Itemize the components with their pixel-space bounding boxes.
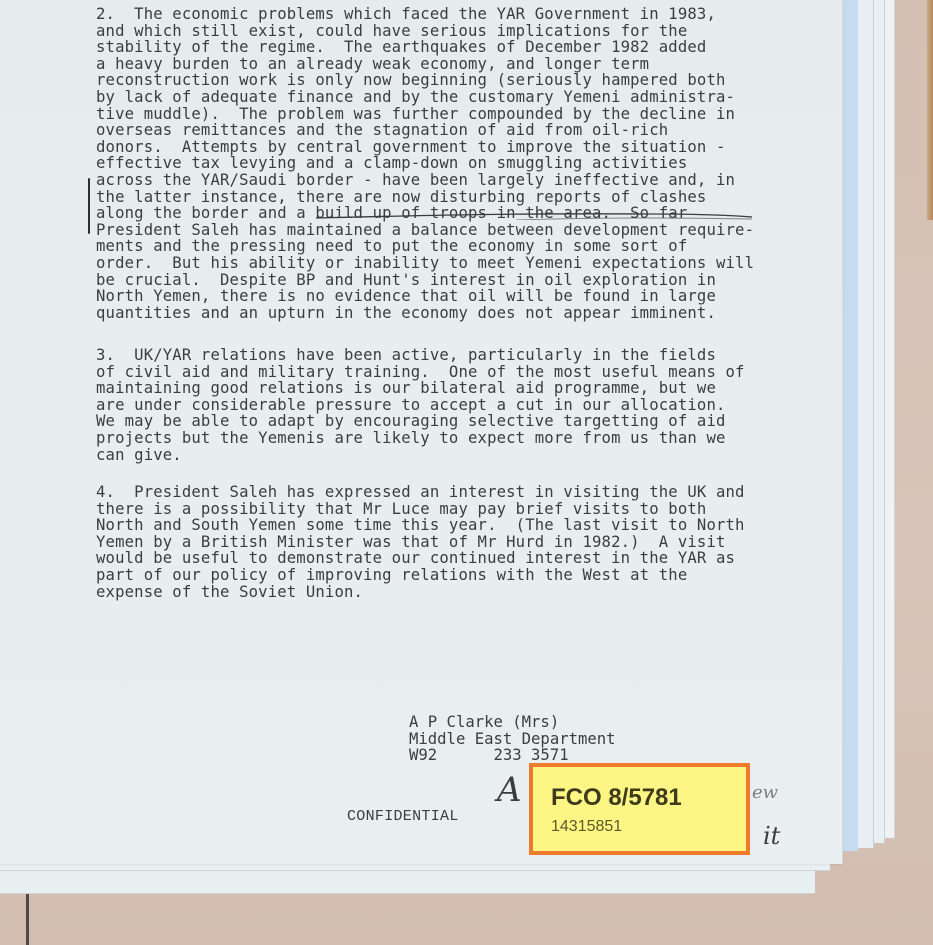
paragraph-3: 3. UK/YAR relations have been active, pa… bbox=[96, 347, 745, 463]
signatory-name: A P Clarke (Mrs) bbox=[409, 713, 559, 731]
archive-reference: FCO 8/5781 bbox=[551, 784, 682, 812]
handwritten-note: it bbox=[763, 822, 780, 850]
handwritten-underline bbox=[316, 212, 752, 220]
handwritten-note: ew bbox=[752, 782, 778, 803]
signature-block: A P Clarke (Mrs) Middle East Department … bbox=[409, 714, 616, 764]
document-page: 2. The economic problems which faced the… bbox=[0, 0, 843, 864]
paragraph-2: 2. The economic problems which faced the… bbox=[96, 6, 754, 321]
signatory-room-phone: W92 233 3571 bbox=[409, 746, 569, 764]
archive-image-number: 14315851 bbox=[551, 818, 622, 836]
handwritten-margin-mark bbox=[88, 178, 90, 234]
archive-reference-label: FCO 8/5781 14315851 bbox=[529, 763, 750, 855]
signatory-department: Middle East Department bbox=[409, 730, 616, 748]
paragraph-4: 4. President Saleh has expressed an inte… bbox=[96, 484, 745, 600]
table-edge bbox=[927, 0, 933, 220]
classification-marking: CONFIDENTIAL bbox=[347, 808, 459, 825]
handwritten-initial: A bbox=[497, 770, 522, 810]
